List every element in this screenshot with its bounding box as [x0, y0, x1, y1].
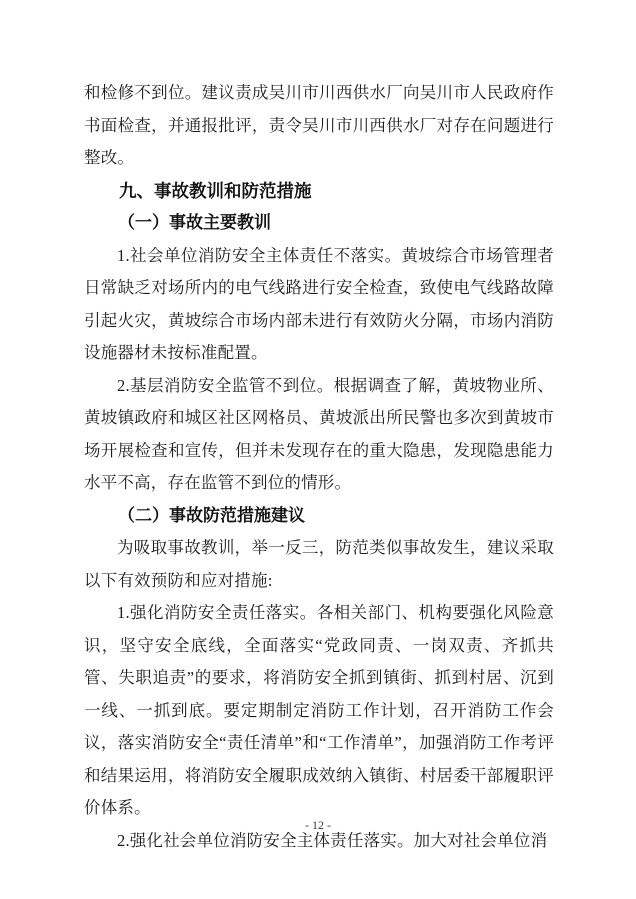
paragraph-lesson-2: 2.基层消防安全监管不到位。根据调查了解，黄坡物业所、黄坡镇政府和城区社区网格员… — [84, 370, 554, 500]
page-number: - 12 - — [0, 817, 636, 833]
page-content: 和检修不到位。建议责成吴川市川西供水厂向吴川市人民政府作书面检查，并通报批评，责… — [84, 77, 554, 857]
subsection-heading-one: （一）事故主要教训 — [84, 207, 554, 240]
paragraph-lesson-1: 1.社会单位消防安全主体责任不落实。黄坡综合市场管理者日常缺乏对场所内的电气线路… — [84, 240, 554, 370]
paragraph-measure-1: 1.强化消防安全责任落实。各相关部门、机构要强化风险意识，坚守安全底线，全面落实… — [84, 597, 554, 825]
paragraph-measures-intro: 为吸取事故教训，举一反三，防范类似事故发生，建议采取以下有效预防和应对措施: — [84, 532, 554, 597]
subsection-heading-two: （二）事故防范措施建议 — [84, 500, 554, 533]
paragraph-continuation: 和检修不到位。建议责成吴川市川西供水厂向吴川市人民政府作书面检查，并通报批评，责… — [84, 77, 554, 175]
document-page: 和检修不到位。建议责成吴川市川西供水厂向吴川市人民政府作书面检查，并通报批评，责… — [0, 0, 636, 899]
section-heading-nine: 九、事故教训和防范措施 — [84, 175, 554, 208]
